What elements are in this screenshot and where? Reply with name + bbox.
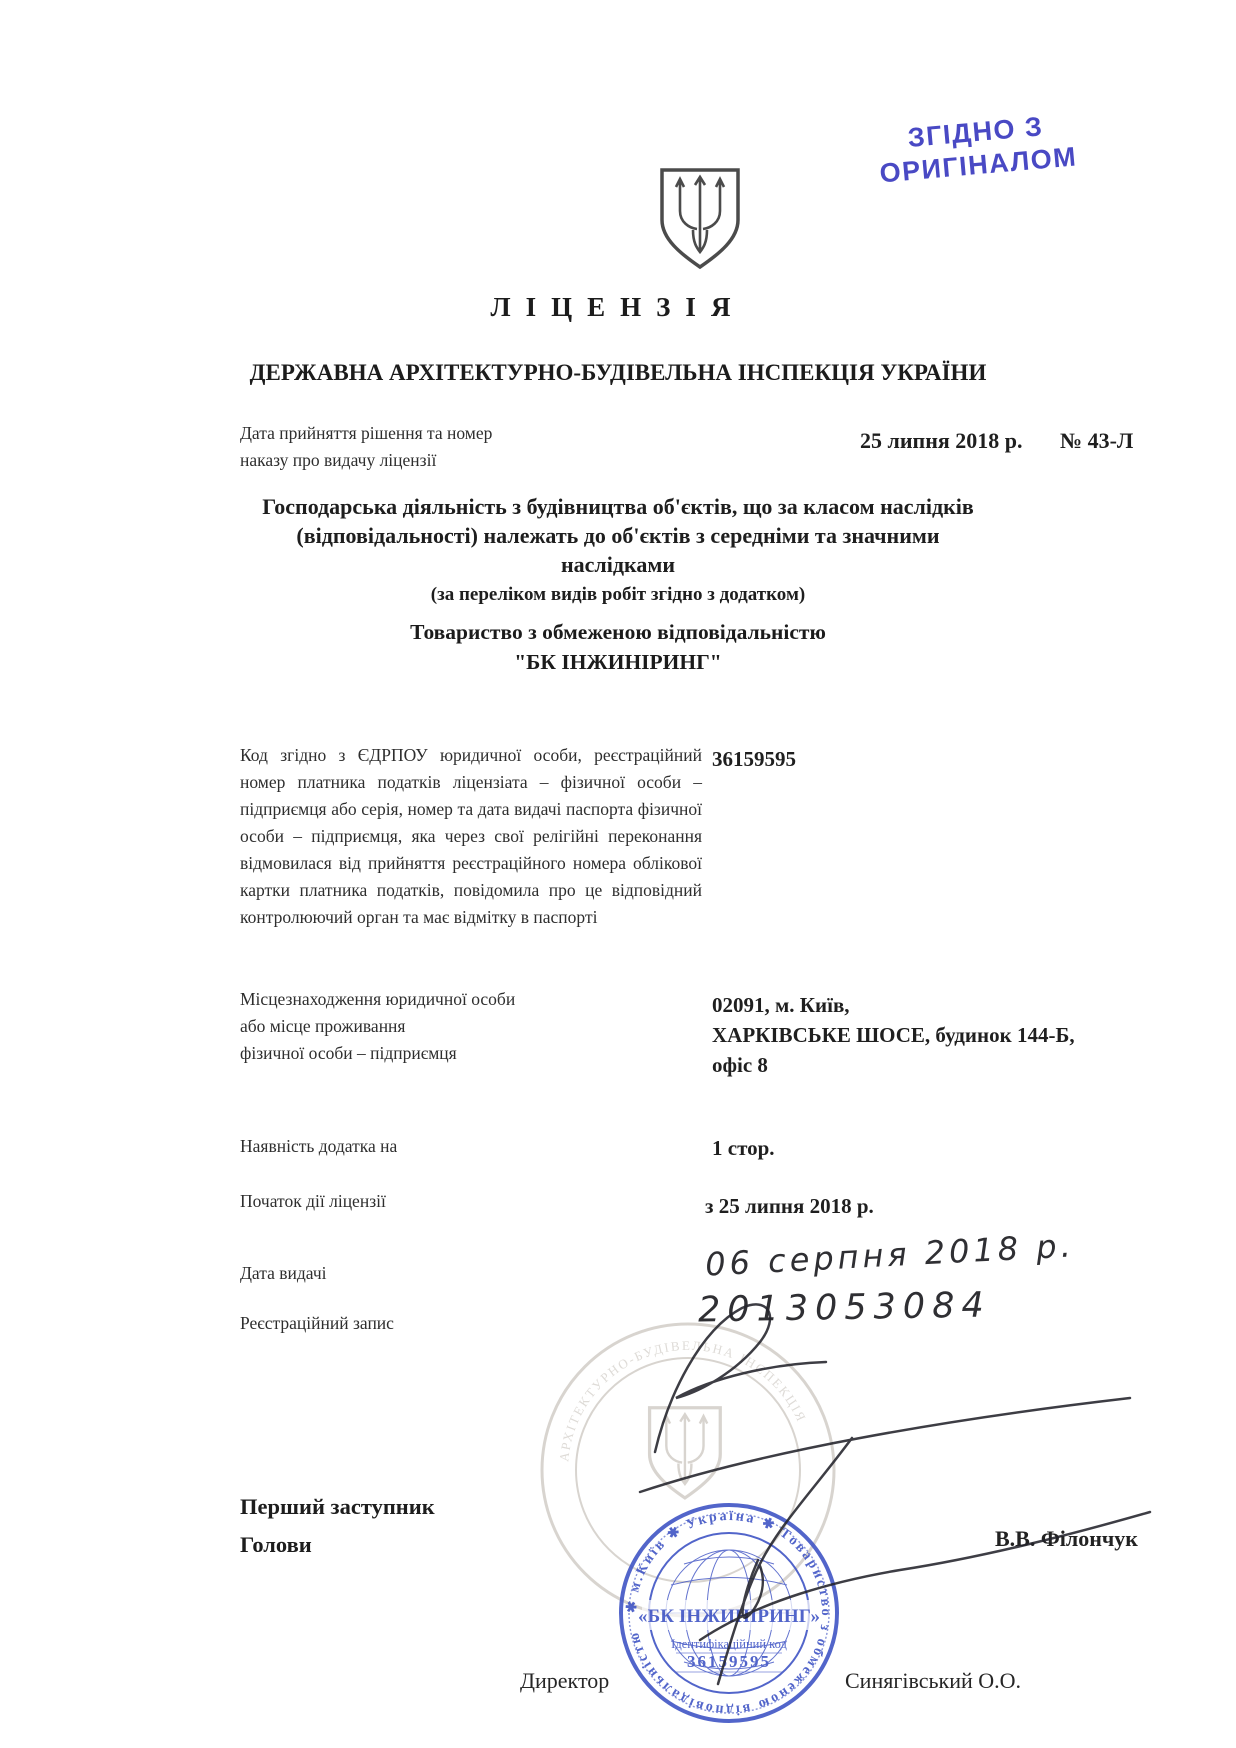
- attachment-label: Наявність додатка на: [240, 1133, 397, 1160]
- start-date-label: Початок дії ліцензії: [240, 1188, 386, 1215]
- license-number: № 43-Л: [1060, 426, 1133, 456]
- address-value: 02091, м. Київ, ХАРКІВСЬКЕ ШОСЕ, будинок…: [712, 990, 1075, 1080]
- registration-label: Реєстраційний запис: [240, 1310, 394, 1337]
- company-type: Товариство з обмеженою відповідальністю: [0, 620, 1236, 645]
- issue-date-label: Дата видачі: [240, 1260, 327, 1287]
- activity-note: (за переліком видів робіт згідно з додат…: [0, 584, 1236, 606]
- approval-stamp: ЗГІДНО З ОРИГІНАЛОМ: [870, 107, 1085, 191]
- edrpou-label: Код згідно з ЄДРПОУ юридичної особи, реє…: [240, 742, 702, 931]
- start-date-value: з 25 липня 2018 р.: [705, 1191, 874, 1221]
- address-label: Місцезнаходження юридичної особи або міс…: [240, 986, 515, 1067]
- activity-description: Господарська діяльність з будівництва об…: [0, 492, 1236, 579]
- license-document-page: ЗГІДНО З ОРИГІНАЛОМ ЛІЦЕНЗІЯ ДЕРЖАВНА АР…: [0, 0, 1236, 1748]
- ukraine-trident-emblem-icon: [656, 166, 744, 272]
- edrpou-value: 36159595: [712, 744, 796, 774]
- decision-date-value: 25 липня 2018 р.: [860, 426, 1023, 456]
- document-title: ЛІЦЕНЗІЯ: [0, 292, 1236, 323]
- attachment-value: 1 стор.: [712, 1133, 775, 1163]
- authority-name: ДЕРЖАВНА АРХІТЕКТУРНО-БУДІВЕЛЬНА ІНСПЕКЦ…: [0, 360, 1236, 386]
- decision-date-label: Дата прийняття рішення та номер наказу п…: [240, 420, 640, 474]
- deputy-title: Перший заступник Голови: [240, 1488, 435, 1564]
- signature-ink-icon: [560, 1270, 1236, 1730]
- company-name: "БК ІНЖИНІРИНГ": [0, 650, 1236, 675]
